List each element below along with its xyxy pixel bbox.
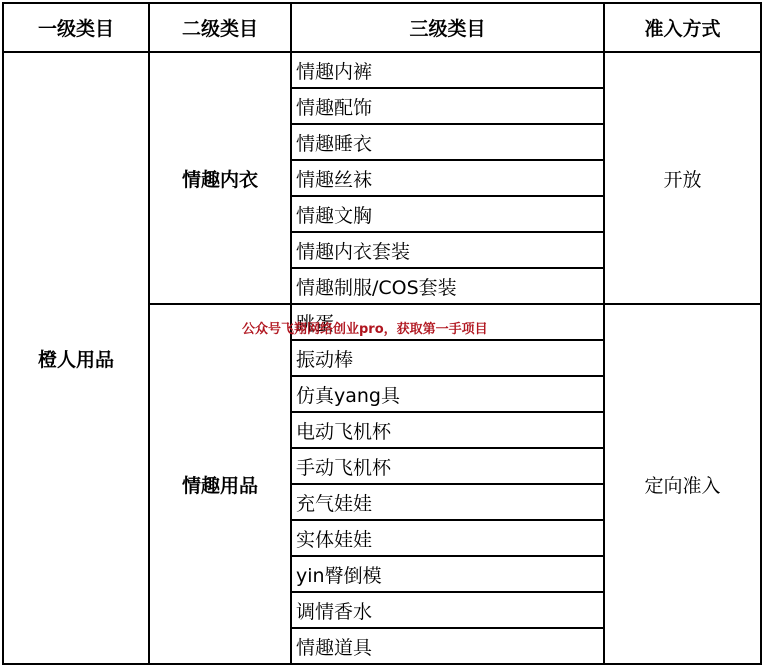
header-level1: 一级类目 <box>3 3 149 52</box>
level3-cell: 情趣制服/COS套装 <box>291 268 604 304</box>
level3-cell: 实体娃娃 <box>291 520 604 556</box>
level3-cell: 情趣道具 <box>291 628 604 664</box>
header-row: 一级类目 二级类目 三级类目 准入方式 <box>3 3 761 52</box>
watermark-text: 公众号飞翔网络创业pro，获取第一手项目 <box>242 318 488 337</box>
level1-cell: 橙人用品 <box>3 52 149 664</box>
level3-cell: 情趣丝袜 <box>291 160 604 196</box>
level3-cell: 情趣睡衣 <box>291 124 604 160</box>
level2-cell: 情趣内衣 <box>149 52 291 304</box>
header-level2: 二级类目 <box>149 3 291 52</box>
level3-cell: 情趣内裤 <box>291 52 604 88</box>
table-row: 橙人用品 情趣内衣 情趣内裤 开放 <box>3 52 761 88</box>
level3-cell: 电动飞机杯 <box>291 412 604 448</box>
access-cell: 定向准入 <box>604 304 761 664</box>
level3-cell: 振动棒 <box>291 340 604 376</box>
level3-cell: 仿真yang具 <box>291 376 604 412</box>
level3-cell: 情趣配饰 <box>291 88 604 124</box>
level3-cell: 手动飞机杯 <box>291 448 604 484</box>
level2-cell: 情趣用品 <box>149 304 291 664</box>
level3-cell: 调情香水 <box>291 592 604 628</box>
header-access: 准入方式 <box>604 3 761 52</box>
level3-cell: 情趣文胸 <box>291 196 604 232</box>
header-level3: 三级类目 <box>291 3 604 52</box>
level3-cell: 充气娃娃 <box>291 484 604 520</box>
access-cell: 开放 <box>604 52 761 304</box>
level3-cell: yin臀倒模 <box>291 556 604 592</box>
level3-cell: 情趣内衣套装 <box>291 232 604 268</box>
